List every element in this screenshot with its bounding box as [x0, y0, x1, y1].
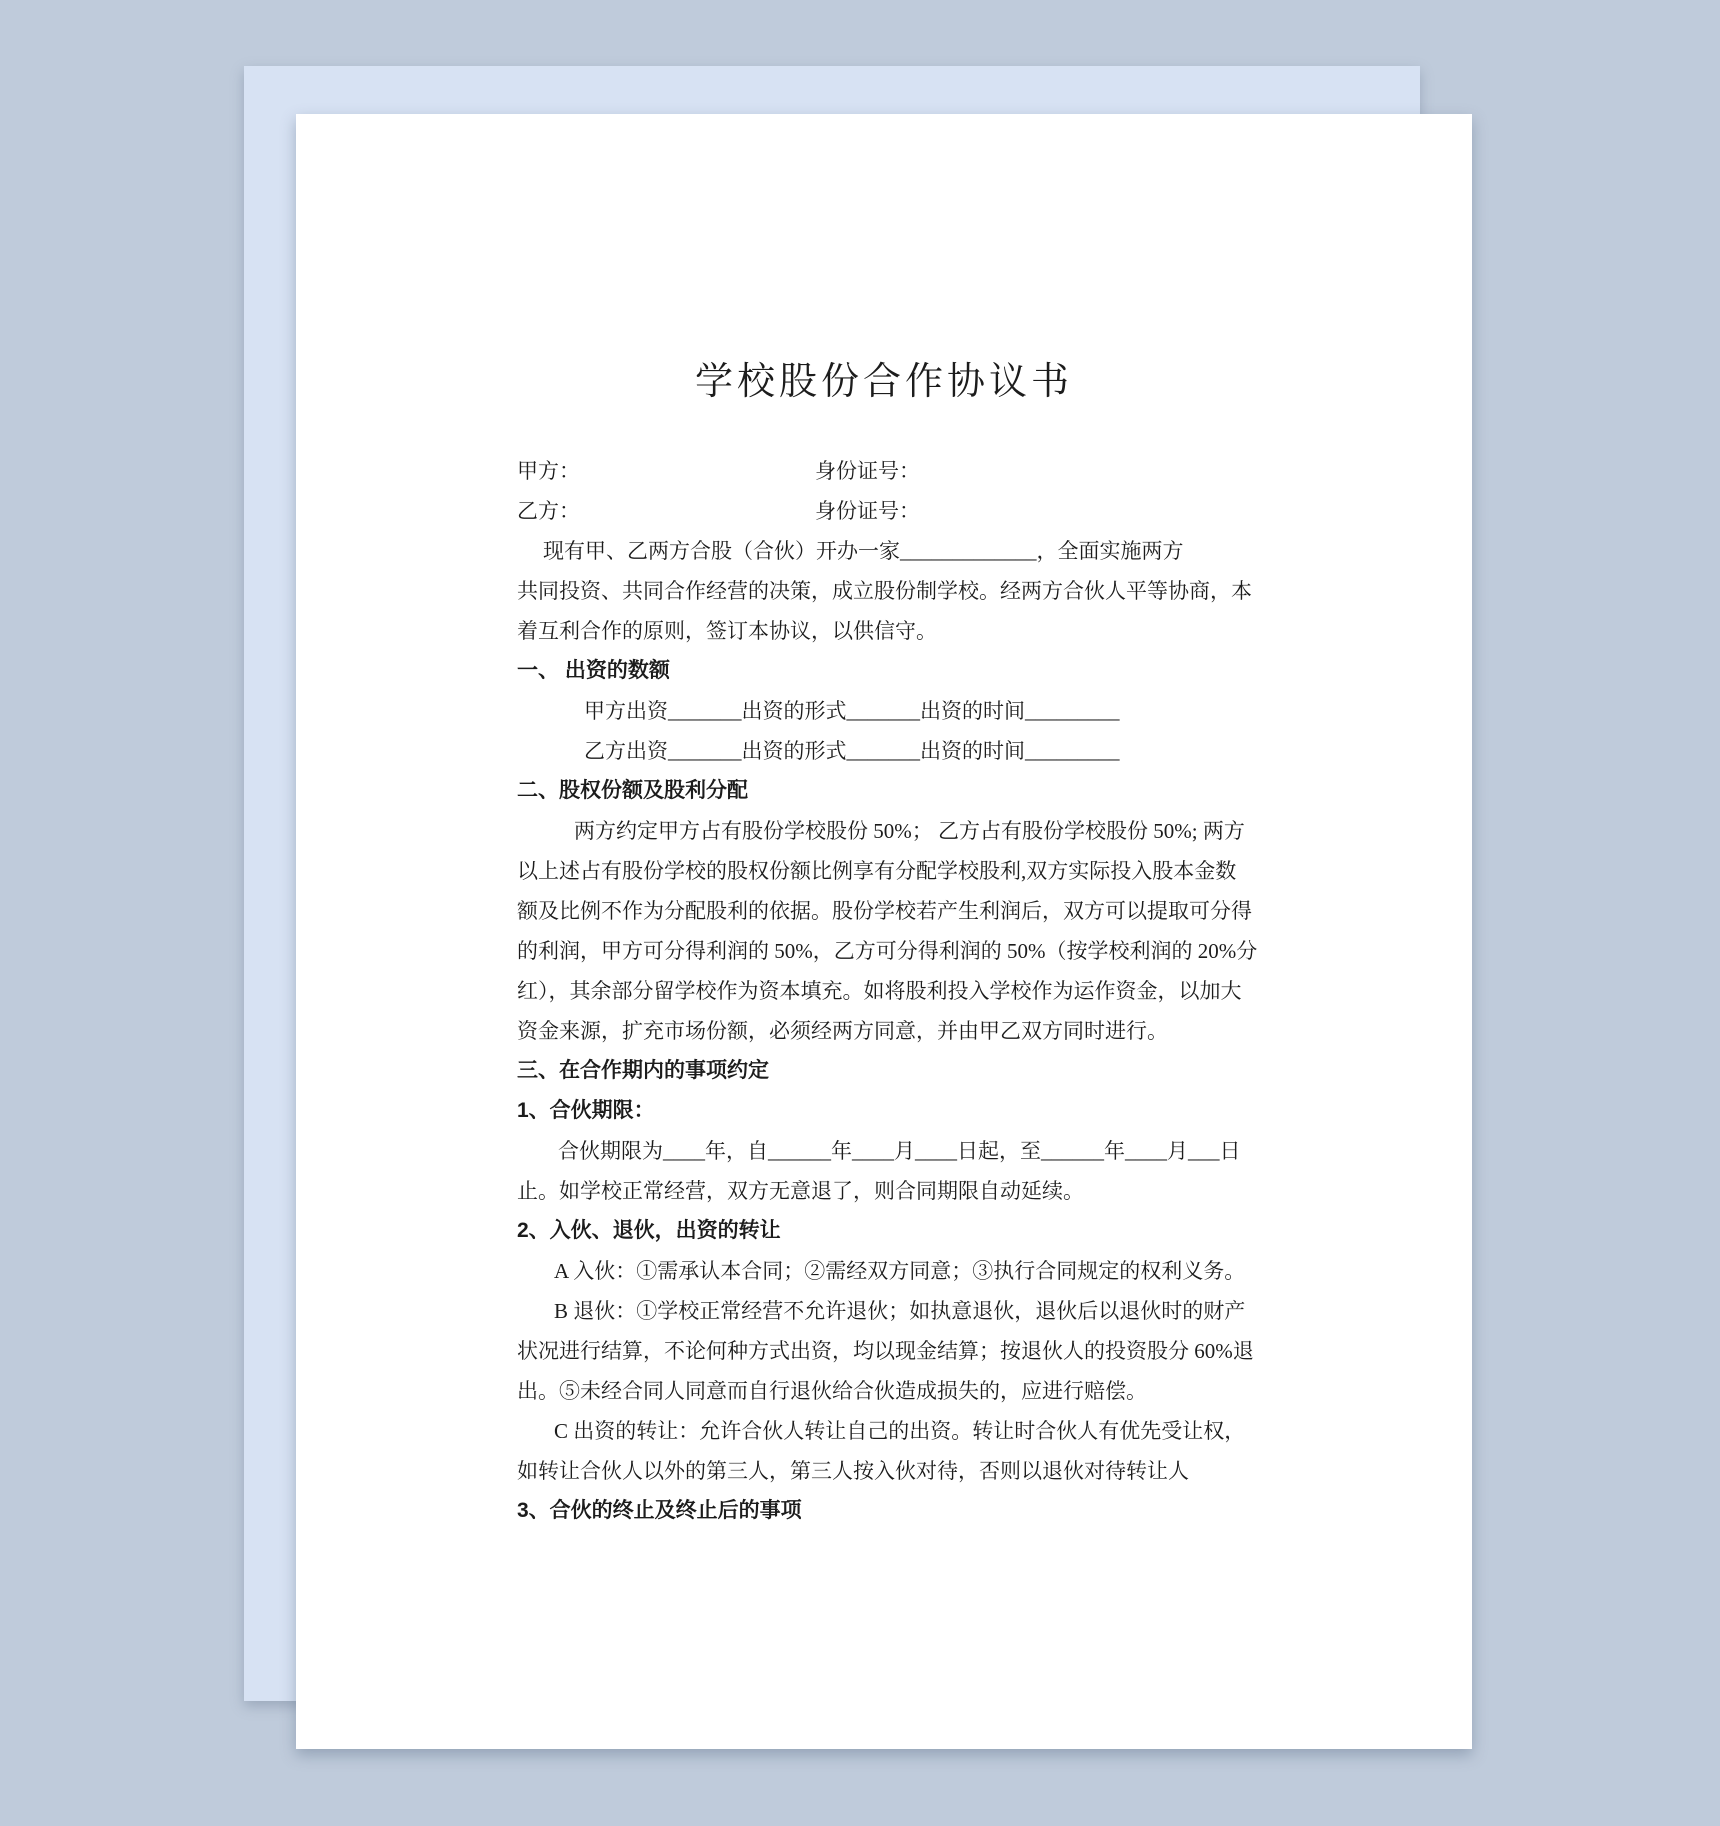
blank-fill-line: 合伙期限为____年，自______年____月____日起，至______年_…	[517, 1131, 1265, 1171]
paragraph-line: 着互利合作的原则，签订本协议，以供信守。	[517, 611, 1265, 651]
blank-fill-line: 甲方出资_______出资的形式_______出资的时间_________	[517, 691, 1265, 731]
paragraph-line: 现有甲、乙两方合股（合伙）开办一家_____________，全面实施两方	[517, 531, 1265, 571]
party-b-id-label: 身份证号：	[815, 491, 920, 531]
document-page: 学校股份合作协议书 甲方： 身份证号： 乙方： 身份证号： 现有甲、乙两方合股（…	[296, 114, 1472, 1749]
party-a-label: 甲方：	[517, 459, 580, 483]
section-heading-1: 一、 出资的数额	[517, 651, 1265, 691]
party-a-id-label: 身份证号：	[815, 451, 920, 491]
paragraph-line: 资金来源，扩充市场份额，必须经两方同意，并由甲乙双方同时进行。	[517, 1011, 1265, 1051]
paragraph-line: 的利润，甲方可分得利润的 50%，乙方可分得利润的 50%（按学校利润的 20%…	[517, 931, 1265, 971]
paragraph-line: 状况进行结算，不论何种方式出资，均以现金结算；按退伙人的投资股分 60%退	[517, 1331, 1265, 1371]
subsection-heading-1: 1、合伙期限：	[517, 1091, 1265, 1131]
paragraph-line: 额及比例不作为分配股利的依据。股份学校若产生利润后，双方可以提取可分得	[517, 891, 1265, 931]
blank-fill-line: 乙方出资_______出资的形式_______出资的时间_________	[517, 731, 1265, 771]
paragraph-line: C 出资的转让：允许合伙人转让自己的出资。转让时合伙人有优先受让权，	[517, 1411, 1265, 1451]
paragraph-line: 共同投资、共同合作经营的决策，成立股份制学校。经两方合伙人平等协商，本	[517, 571, 1265, 611]
paragraph-line: 红），其余部分留学校作为资本填充。如将股利投入学校作为运作资金，以加大	[517, 971, 1265, 1011]
document-body: 甲方： 身份证号： 乙方： 身份证号： 现有甲、乙两方合股（合伙）开办一家___…	[517, 451, 1265, 1531]
paragraph-line: B 退伙：①学校正常经营不允许退伙；如执意退伙，退伙后以退伙时的财产	[517, 1291, 1265, 1331]
paragraph-line: 出。⑤未经合同人同意而自行退伙给合伙造成损失的，应进行赔偿。	[517, 1371, 1265, 1411]
party-row-a: 甲方： 身份证号：	[517, 451, 1265, 491]
subsection-heading-3: 3、合伙的终止及终止后的事项	[517, 1491, 1265, 1531]
desk-background: 学校股份合作协议书 甲方： 身份证号： 乙方： 身份证号： 现有甲、乙两方合股（…	[0, 0, 1720, 1826]
paragraph-line: A 入伙：①需承认本合同；②需经双方同意；③执行合同规定的权利义务。	[517, 1251, 1265, 1291]
section-heading-3: 三、在合作期内的事项约定	[517, 1051, 1265, 1091]
paragraph-line: 止。如学校正常经营，双方无意退了，则合同期限自动延续。	[517, 1171, 1265, 1211]
subsection-heading-2: 2、入伙、退伙，出资的转让	[517, 1211, 1265, 1251]
document-title: 学校股份合作协议书	[296, 350, 1472, 405]
paragraph-line: 如转让合伙人以外的第三人，第三人按入伙对待，否则以退伙对待转让人	[517, 1451, 1265, 1491]
section-heading-2: 二、股权份额及股利分配	[517, 771, 1265, 811]
party-b-label: 乙方：	[517, 499, 580, 523]
paragraph-line: 两方约定甲方占有股份学校股份 50%； 乙方占有股份学校股份 50%; 两方	[517, 811, 1265, 851]
paragraph-line: 以上述占有股份学校的股权份额比例享有分配学校股利,双方实际投入股本金数	[517, 851, 1265, 891]
party-row-b: 乙方： 身份证号：	[517, 491, 1265, 531]
